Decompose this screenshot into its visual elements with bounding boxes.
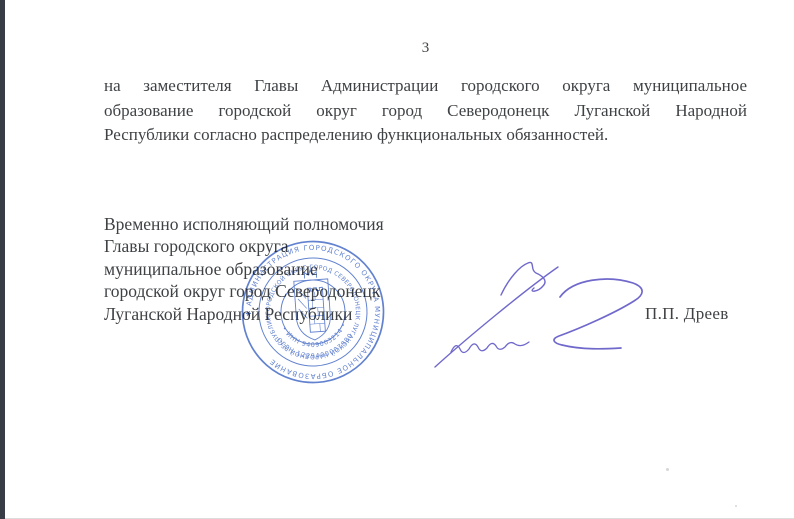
signature-stroke xyxy=(554,279,642,349)
svg-text:✱ АДМИНИСТРАЦИЯ ГОРОДСКОГО ОКР: ✱ АДМИНИСТРАЦИЯ ГОРОДСКОГО ОКРУГА МУНИЦИ… xyxy=(240,239,385,384)
handwritten-signature xyxy=(425,248,655,373)
signatory-name: П.П. Дреев xyxy=(645,304,729,324)
scan-speck xyxy=(735,505,737,507)
seal-coat-of-arms-emblem xyxy=(293,269,332,341)
signatory-title-line: Временно исполняющий полномочия xyxy=(104,213,384,235)
scan-edge-strip xyxy=(0,0,5,519)
body-paragraph: на заместителя Главы Администрации город… xyxy=(104,74,747,148)
paragraph-line: на заместителя Главы Администрации город… xyxy=(104,74,747,99)
paragraph-line: образование городской округ город Северо… xyxy=(104,99,747,124)
page-number: 3 xyxy=(104,40,747,57)
signature-stroke xyxy=(435,267,558,367)
scanned-document-page: 3 на заместителя Главы Администрации гор… xyxy=(0,0,794,519)
seal-outer-ring xyxy=(238,237,388,387)
seal-outer-ring-text: ✱ АДМИНИСТРАЦИЯ ГОРОДСКОГО ОКРУГА МУНИЦИ… xyxy=(240,239,385,384)
scan-speck xyxy=(666,468,669,471)
paragraph-line: Республики согласно распределению функци… xyxy=(104,123,747,148)
signature-stroke xyxy=(501,262,545,295)
official-round-seal: ✱ АДМИНИСТРАЦИЯ ГОРОДСКОГО ОКРУГА МУНИЦИ… xyxy=(232,231,394,393)
